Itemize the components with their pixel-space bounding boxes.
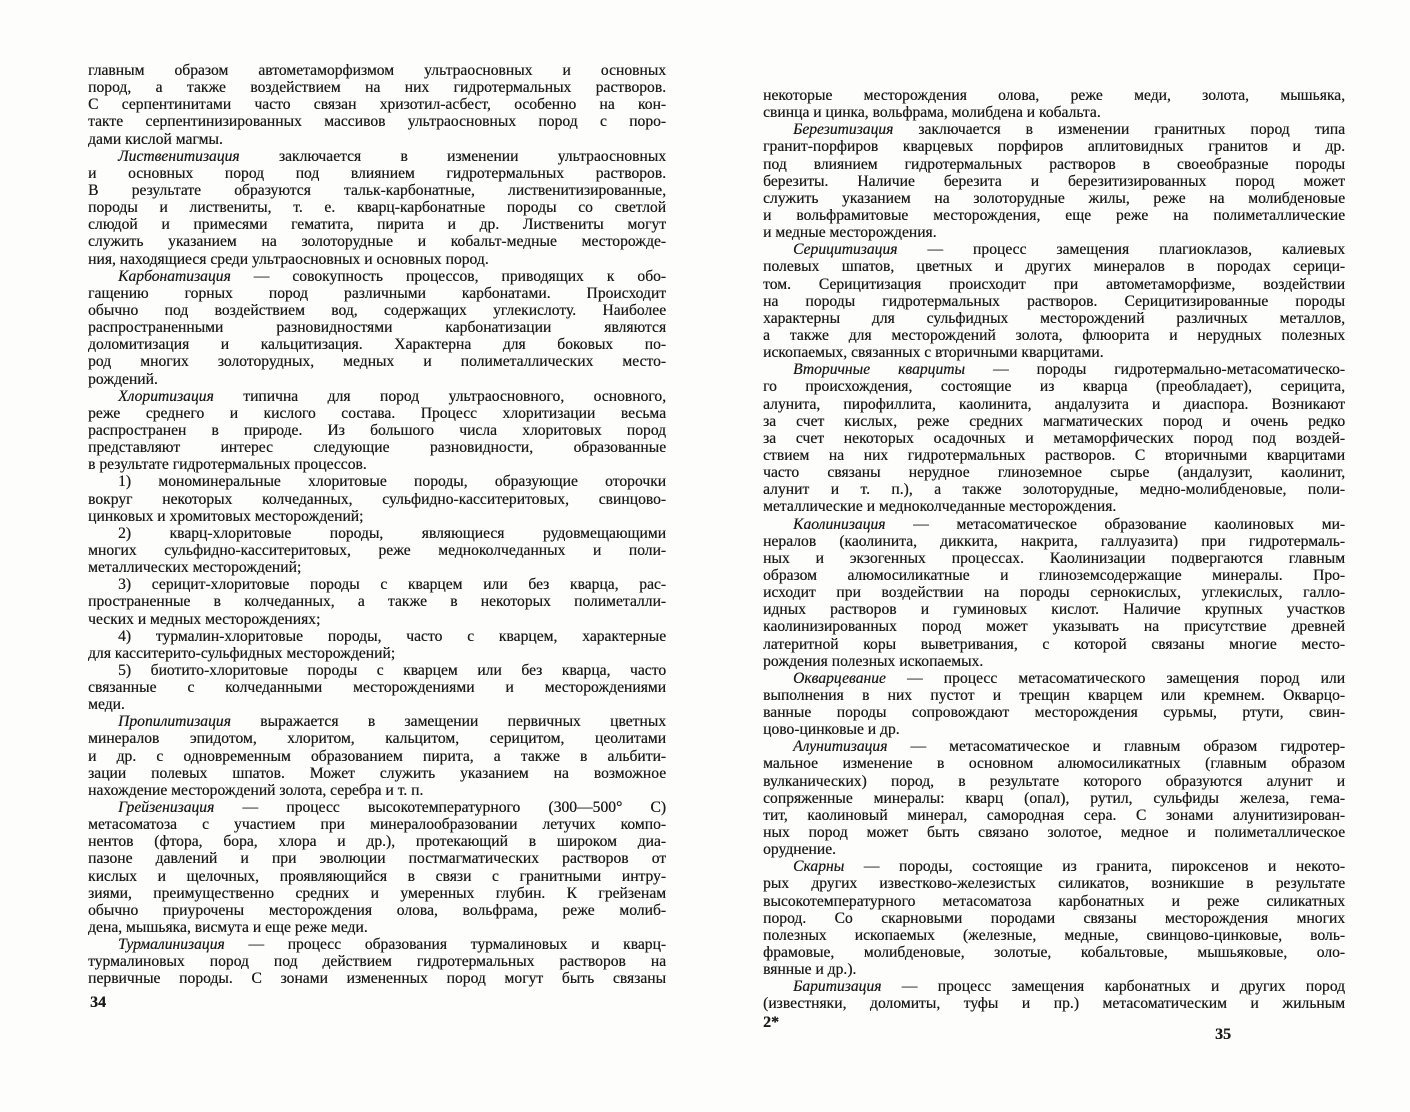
line-text: гащению горных пород различными карбонат… [88, 285, 666, 302]
text-line: (известняки, доломиты, туфы и пр.) метас… [763, 995, 1345, 1012]
line-text: вулканических) пород, в результате котор… [763, 773, 1345, 790]
text-line: и основных пород под влиянием гидротерма… [88, 165, 666, 182]
text-line: нентов (фтора, бора, хлора и др.), проте… [88, 833, 666, 850]
text-line: слюдой и примесями гематита, пирита и др… [88, 216, 666, 233]
text-line: ческих и медных месторождениях; [88, 611, 666, 628]
text-line: вулканических) пород, в результате котор… [763, 773, 1345, 790]
line-text: — породы, состоящие из гранита, пироксен… [844, 858, 1345, 875]
line-text: 1) мономинеральные хлоритовые породы, об… [118, 473, 666, 490]
text-line: Каолинизация — метасоматическое образова… [763, 516, 1345, 533]
line-text: представляют интерес следующие разновидн… [88, 439, 666, 456]
text-line: распространен в природе. Из большого чис… [88, 422, 666, 439]
line-text: металлических месторождений; [88, 559, 301, 576]
text-line: некоторые месторождения олова, реже меди… [763, 87, 1345, 104]
text-line: Турмалинизация — процесс образования тур… [88, 936, 666, 953]
line-text: — совокупность процессов, приводящих к о… [231, 268, 666, 285]
line-text: метасоматоза с участием при минералообра… [88, 816, 666, 833]
line-text: служить указанием на золоторудные и коба… [88, 233, 666, 250]
line-text: ных и экзогенных процессах. Каолинизации… [763, 550, 1345, 567]
line-text: свинца и цинка, вольфрама, молибдена и к… [763, 104, 1101, 121]
text-line: служить указанием на золоторудные и коба… [88, 233, 666, 250]
line-text: 2) кварц-хлоритовые породы, являющиеся р… [118, 525, 666, 542]
line-text: ния, находящиеся среди ультраосновных и … [88, 251, 489, 268]
paragraph-term-italic: Вторичные кварциты [793, 361, 965, 378]
line-text: породы и листвениты, т. е. кварц-карбона… [88, 199, 666, 216]
text-line: связанные с колчеданными месторождениями… [88, 679, 666, 696]
text-line: 5) биотито-хлоритовые породы с кварцем и… [88, 662, 666, 679]
paragraph-term-italic: Каолинизация [793, 516, 885, 533]
text-line: рождений. [88, 371, 666, 388]
text-line: Карбонатизация — совокупность процессов,… [88, 268, 666, 285]
line-text: тит, каолиновый минерал, самородная сера… [763, 807, 1345, 824]
line-text: кислых и щелочных, проявляющийся в связи… [88, 868, 666, 885]
text-line: дами кислой магмы. [88, 131, 666, 148]
text-line: том. Серицитизация происходит при автоме… [763, 276, 1345, 293]
line-text: исходит при воздействии на породы сернок… [763, 584, 1345, 601]
paragraph-term-italic: Хлоритизация [118, 388, 214, 405]
text-line: выполнения в них пустот и трещин кварцем… [763, 687, 1345, 704]
page-35: некоторые месторождения олова, реже меди… [705, 0, 1410, 1112]
line-text: рождений. [88, 371, 158, 388]
text-line: Пропилитизация выражается в замещении пе… [88, 713, 666, 730]
text-line: кислых и щелочных, проявляющийся в связи… [88, 868, 666, 885]
text-line: полезных ископаемых (железные, медные, с… [763, 927, 1345, 944]
paragraph-term-italic: Лиственитизация [118, 148, 240, 165]
paragraph-term-italic: Серицитизация [793, 241, 897, 258]
text-line: дена, мышьяка, висмута и еще реже меди. [88, 919, 666, 936]
line-text: пространенные в колчеданных, а также в н… [88, 593, 666, 610]
text-line: цово-цинковые и др. [763, 721, 1345, 738]
line-text: 3) серицит-хлоритовые породы с кварцем и… [118, 576, 666, 593]
text-line: ствием на них гидротермальных растворов.… [763, 447, 1345, 464]
line-text: рых других известково-железистых силикат… [763, 875, 1345, 892]
line-text: под влиянием гидротермальных растворов в… [763, 156, 1345, 173]
page-number-right: 35 [1215, 1026, 1231, 1044]
text-line: ванные породы сопровождают месторождения… [763, 704, 1345, 721]
text-line: род многих золоторудных, медных и полиме… [88, 353, 666, 370]
text-line: Алунитизация — метасоматическое и главны… [763, 738, 1345, 755]
line-text: часто связаны нерудное глиноземное сырье… [763, 464, 1345, 481]
line-text: том. Серицитизация происходит при автоме… [763, 276, 1345, 293]
line-text: заключается в изменении гранитных пород … [893, 121, 1345, 138]
line-text: березиты. Наличие березита и березитизир… [763, 173, 1345, 190]
line-text: обычно под воздействием вод, содержащих … [88, 302, 666, 319]
line-text: выражается в замещении первичных цветных [231, 713, 666, 730]
line-text: меди. [88, 696, 125, 713]
text-line: и др. с одновременным образованием пирит… [88, 748, 666, 765]
line-text: пород, а также воздействием на них гидро… [88, 79, 666, 96]
line-text: за счет некоторых осадочных и метаморфич… [763, 430, 1345, 447]
line-text: дами кислой магмы. [88, 131, 223, 148]
line-text: полевых шпатов, цветных и других минерал… [763, 258, 1345, 275]
line-text: дена, мышьяка, висмута и еще реже меди. [88, 919, 368, 936]
text-line: доломитизация и кальцитизация. Характерн… [88, 336, 666, 353]
text-line: алунита, пирофиллита, каолинита, андалуз… [763, 396, 1345, 413]
line-text: и вольфрамитовые месторождения, еще реже… [763, 207, 1345, 224]
line-text: — процесс высокотемпературного (300—500°… [214, 799, 666, 816]
right-text-column: некоторые месторождения олова, реже меди… [763, 87, 1345, 1013]
line-text: полезных ископаемых (железные, медные, с… [763, 927, 1345, 944]
text-line: высокотемпературного метасоматоза карбон… [763, 893, 1345, 910]
text-line: турмалиновых пород под действием гидроте… [88, 953, 666, 970]
line-text: турмалиновых пород под действием гидроте… [88, 953, 666, 970]
line-text: цово-цинковые и др. [763, 721, 900, 738]
line-text: для касситерито-сульфидных месторождений… [88, 645, 395, 662]
line-text: реже среднего и кислого состава. Процесс… [88, 405, 666, 422]
line-text: зации полевых шпатов. Может служить указ… [88, 765, 666, 782]
paragraph-term-italic: Грейзенизация [118, 799, 214, 816]
line-text: ископаемых, связанных с вторичными кварц… [763, 344, 1103, 361]
text-line: свинца и цинка, вольфрама, молибдена и к… [763, 104, 1345, 121]
line-text: пазоне давлений и при эволюции постмагма… [88, 850, 666, 867]
text-line: метасоматоза с участием при минералообра… [88, 816, 666, 833]
line-text: пород. Со скарновыми породами связаны ме… [763, 910, 1345, 927]
line-text: высокотемпературного метасоматоза карбон… [763, 893, 1345, 910]
line-text: алунит и т. п.), а также золоторудные, м… [763, 481, 1345, 498]
line-text: вянные и др.). [763, 961, 856, 978]
paragraph-term-italic: Скарны [793, 858, 844, 875]
text-line: представляют интерес следующие разновидн… [88, 439, 666, 456]
paragraph-term-italic: Баритизация [793, 978, 881, 995]
text-line: пазоне давлений и при эволюции постмагма… [88, 850, 666, 867]
text-line: такте серпентинизированных массивов ульт… [88, 113, 666, 130]
line-text: гранит-порфиров кварцевых порфиров аплит… [763, 138, 1345, 155]
text-line: ископаемых, связанных с вторичными кварц… [763, 344, 1345, 361]
line-text: обычно приурочены месторождения олова, в… [88, 902, 666, 919]
text-line: вянные и др.). [763, 961, 1345, 978]
line-text: слюдой и примесями гематита, пирита и др… [88, 216, 666, 233]
line-text: го происхождения, состоящие из кварца (п… [763, 378, 1345, 395]
line-text: ческих и медных месторождениях; [88, 611, 320, 628]
text-line: многих сульфидно-касситеритовых, реже ме… [88, 542, 666, 559]
line-text: связанные с колчеданными месторождениями… [88, 679, 666, 696]
text-line: главным образом автометаморфизмом ультра… [88, 62, 666, 79]
text-line: за счет некоторых осадочных и метаморфич… [763, 430, 1345, 447]
line-text: каолинизированных пород может указывать … [763, 618, 1345, 635]
text-line: Скарны — породы, состоящие из гранита, п… [763, 858, 1345, 875]
line-text: типична для пород ультраосновного, основ… [214, 388, 666, 405]
line-text: нахождение месторождений золота, серебра… [88, 782, 423, 799]
text-line: 3) серицит-хлоритовые породы с кварцем и… [88, 576, 666, 593]
line-text: сопряженные минералы: кварц (опал), рути… [763, 790, 1345, 807]
paragraph-term-italic: Карбонатизация [118, 268, 231, 285]
line-text: оруднение. [763, 841, 836, 858]
line-text: и медные месторождения. [763, 224, 937, 241]
text-line: алунит и т. п.), а также золоторудные, м… [763, 481, 1345, 498]
text-line: нералов (каолинита, диккита, накрита, га… [763, 533, 1345, 550]
text-line: цинковых и хромитовых месторождений; [88, 508, 666, 525]
text-line: 4) турмалин-хлоритовые породы, часто с к… [88, 628, 666, 645]
text-line: и вольфрамитовые месторождения, еще реже… [763, 207, 1345, 224]
line-text: — метасоматическое и главным образом гид… [887, 738, 1345, 755]
line-text: и основных пород под влиянием гидротерма… [88, 165, 666, 182]
line-text: мальное изменение в основном алюмосилика… [763, 755, 1345, 772]
text-line: Вторичные кварциты — породы гидротермаль… [763, 361, 1345, 378]
text-line: ных пород может быть связано золотое, ме… [763, 824, 1345, 841]
line-text: нералов (каолинита, диккита, накрита, га… [763, 533, 1345, 550]
line-text: выполнения в них пустот и трещин кварцем… [763, 687, 1345, 704]
text-line: гранит-порфиров кварцевых порфиров аплит… [763, 138, 1345, 155]
line-text: минералов эпидотом, хлоритом, кальцитом,… [88, 730, 666, 747]
text-line: минералов эпидотом, хлоритом, кальцитом,… [88, 730, 666, 747]
text-line: полевых шпатов, цветных и других минерал… [763, 258, 1345, 275]
text-line: березиты. Наличие березита и березитизир… [763, 173, 1345, 190]
text-line: латеритной коры выветривания, с которой … [763, 636, 1345, 653]
text-line: а также для месторождений золота, флюори… [763, 327, 1345, 344]
paragraph-term-italic: Березитизация [793, 121, 893, 138]
line-text: — метасоматическое образование каолиновы… [885, 516, 1345, 533]
text-line: гащению горных пород различными карбонат… [88, 285, 666, 302]
line-text: а также для месторождений золота, флюори… [763, 327, 1345, 344]
line-text: зиями, преимущественно средних и умеренн… [88, 885, 666, 902]
text-line: исходит при воздействии на породы сернок… [763, 584, 1345, 601]
text-line: часто связаны нерудное глиноземное сырье… [763, 464, 1345, 481]
text-line: металлических месторождений; [88, 559, 666, 576]
line-text: фрамовые, молибденовые, золотые, кобальт… [763, 944, 1345, 961]
line-text: и др. с одновременным образованием пирит… [88, 748, 666, 765]
text-line: сопряженные минералы: кварц (опал), рути… [763, 790, 1345, 807]
text-line: мальное изменение в основном алюмосилика… [763, 755, 1345, 772]
text-line: Баритизация — процесс замещения карбонат… [763, 978, 1345, 995]
line-text: главным образом автометаморфизмом ультра… [88, 62, 666, 79]
paragraph-term-italic: Турмалинизация [118, 936, 225, 953]
line-text: за счет кислых, реже средних магматическ… [763, 413, 1345, 430]
text-line: металлические и медноколчеданные месторо… [763, 498, 1345, 515]
line-text: ных пород может быть связано золотое, ме… [763, 824, 1345, 841]
line-text: 5) биотито-хлоритовые породы с кварцем и… [118, 662, 666, 679]
text-line: вокруг некоторых колчеданных, сульфидно-… [88, 491, 666, 508]
text-line: фрамовые, молибденовые, золотые, кобальт… [763, 944, 1345, 961]
text-line: для касситерито-сульфидных месторождений… [88, 645, 666, 662]
page-34: главным образом автометаморфизмом ультра… [0, 0, 705, 1112]
paragraph-term-italic: Пропилитизация [118, 713, 231, 730]
line-text: в результате гидротермальных процессов. [88, 456, 367, 473]
line-text: первичные породы. С зонами измененных по… [88, 970, 666, 987]
text-line: Серицитизация — процесс замещения плагио… [763, 241, 1345, 258]
text-line: Лиственитизация заключается в изменении … [88, 148, 666, 165]
text-line: на породы гидротермальных растворов. Сер… [763, 293, 1345, 310]
text-line: ных и экзогенных процессах. Каолинизации… [763, 550, 1345, 567]
line-text: — процесс образования турмалиновых и ква… [225, 936, 666, 953]
text-line: обычно приурочены месторождения олова, в… [88, 902, 666, 919]
line-text: В результате образуются тальк-карбонатны… [88, 182, 666, 199]
line-text: цинковых и хромитовых месторождений; [88, 508, 363, 525]
text-line: пород. Со скарновыми породами связаны ме… [763, 910, 1345, 927]
line-text: 4) турмалин-хлоритовые породы, часто с к… [118, 628, 666, 645]
line-text: такте серпентинизированных массивов ульт… [88, 113, 666, 130]
text-line: образом алюмосиликатные и глиноземсодерж… [763, 567, 1345, 584]
text-line: обычно под воздействием вод, содержащих … [88, 302, 666, 319]
text-line: тит, каолиновый минерал, самородная сера… [763, 807, 1345, 824]
text-line: в результате гидротермальных процессов. [88, 456, 666, 473]
text-line: за счет кислых, реже средних магматическ… [763, 413, 1345, 430]
text-line: Грейзенизация — процесс высокотемператур… [88, 799, 666, 816]
text-line: пород, а также воздействием на них гидро… [88, 79, 666, 96]
printer-signature-mark: 2* [763, 1014, 779, 1032]
text-line: Хлоритизация типична для пород ультраосн… [88, 388, 666, 405]
text-line: характерны для сульфидных месторождений … [763, 310, 1345, 327]
text-line: оруднение. [763, 841, 1345, 858]
line-text: — породы гидротермально-метасоматическо- [965, 361, 1345, 378]
line-text: некоторые месторождения олова, реже меди… [763, 87, 1345, 104]
paragraph-term-italic: Окварцевание [793, 670, 886, 687]
text-line: рых других известково-железистых силикат… [763, 875, 1345, 892]
text-line: каолинизированных пород может указывать … [763, 618, 1345, 635]
text-line: рождения полезных ископаемых. [763, 653, 1345, 670]
line-text: идных растворов и гуминовых кислот. Нали… [763, 601, 1345, 618]
line-text: служить указанием на золоторудные жилы, … [763, 190, 1345, 207]
text-line: В результате образуются тальк-карбонатны… [88, 182, 666, 199]
line-text: род многих золоторудных, медных и полиме… [88, 353, 666, 370]
left-text-column: главным образом автометаморфизмом ультра… [88, 62, 666, 988]
text-line: зиями, преимущественно средних и умеренн… [88, 885, 666, 902]
page-number-left: 34 [90, 994, 106, 1012]
text-line: 1) мономинеральные хлоритовые породы, об… [88, 473, 666, 490]
line-text: доломитизация и кальцитизация. Характерн… [88, 336, 666, 353]
line-text: ствием на них гидротермальных растворов.… [763, 447, 1345, 464]
text-line: распространенными разновидностями карбон… [88, 319, 666, 336]
line-text: распространенными разновидностями карбон… [88, 319, 666, 336]
line-text: распространен в природе. Из большого чис… [88, 422, 666, 439]
text-line: пространенные в колчеданных, а также в н… [88, 593, 666, 610]
line-text: (известняки, доломиты, туфы и пр.) метас… [763, 995, 1345, 1012]
text-line: идных растворов и гуминовых кислот. Нали… [763, 601, 1345, 618]
text-line: первичные породы. С зонами измененных по… [88, 970, 666, 987]
line-text: — процесс метасоматического замещения по… [886, 670, 1345, 687]
text-line: го происхождения, состоящие из кварца (п… [763, 378, 1345, 395]
line-text: многих сульфидно-касситеритовых, реже ме… [88, 542, 666, 559]
text-line: реже среднего и кислого состава. Процесс… [88, 405, 666, 422]
text-line: породы и листвениты, т. е. кварц-карбона… [88, 199, 666, 216]
text-line: служить указанием на золоторудные жилы, … [763, 190, 1345, 207]
text-line: 2) кварц-хлоритовые породы, являющиеся р… [88, 525, 666, 542]
text-line: и медные месторождения. [763, 224, 1345, 241]
line-text: вокруг некоторых колчеданных, сульфидно-… [88, 491, 666, 508]
text-line: зации полевых шпатов. Может служить указ… [88, 765, 666, 782]
line-text: латеритной коры выветривания, с которой … [763, 636, 1345, 653]
line-text: на породы гидротермальных растворов. Сер… [763, 293, 1345, 310]
line-text: рождения полезных ископаемых. [763, 653, 983, 670]
text-line: С серпентинитами часто связан хризотил-а… [88, 96, 666, 113]
line-text: образом алюмосиликатные и глиноземсодерж… [763, 567, 1345, 584]
line-text: характерны для сульфидных месторождений … [763, 310, 1345, 327]
line-text: нентов (фтора, бора, хлора и др.), проте… [88, 833, 666, 850]
text-line: Березитизация заключается в изменении гр… [763, 121, 1345, 138]
line-text: металлические и медноколчеданные месторо… [763, 498, 1116, 515]
line-text: — процесс замещения плагиоклазов, калиев… [897, 241, 1345, 258]
line-text: заключается в изменении ультраосновных [240, 148, 666, 165]
text-line: под влиянием гидротермальных растворов в… [763, 156, 1345, 173]
text-line: нахождение месторождений золота, серебра… [88, 782, 666, 799]
paragraph-term-italic: Алунитизация [793, 738, 887, 755]
text-line: Окварцевание — процесс метасоматического… [763, 670, 1345, 687]
line-text: — процесс замещения карбонатных и других… [881, 978, 1345, 995]
text-line: ния, находящиеся среди ультраосновных и … [88, 251, 666, 268]
line-text: алунита, пирофиллита, каолинита, андалуз… [763, 396, 1345, 413]
line-text: С серпентинитами часто связан хризотил-а… [88, 96, 666, 113]
text-line: меди. [88, 696, 666, 713]
line-text: ванные породы сопровождают месторождения… [763, 704, 1345, 721]
